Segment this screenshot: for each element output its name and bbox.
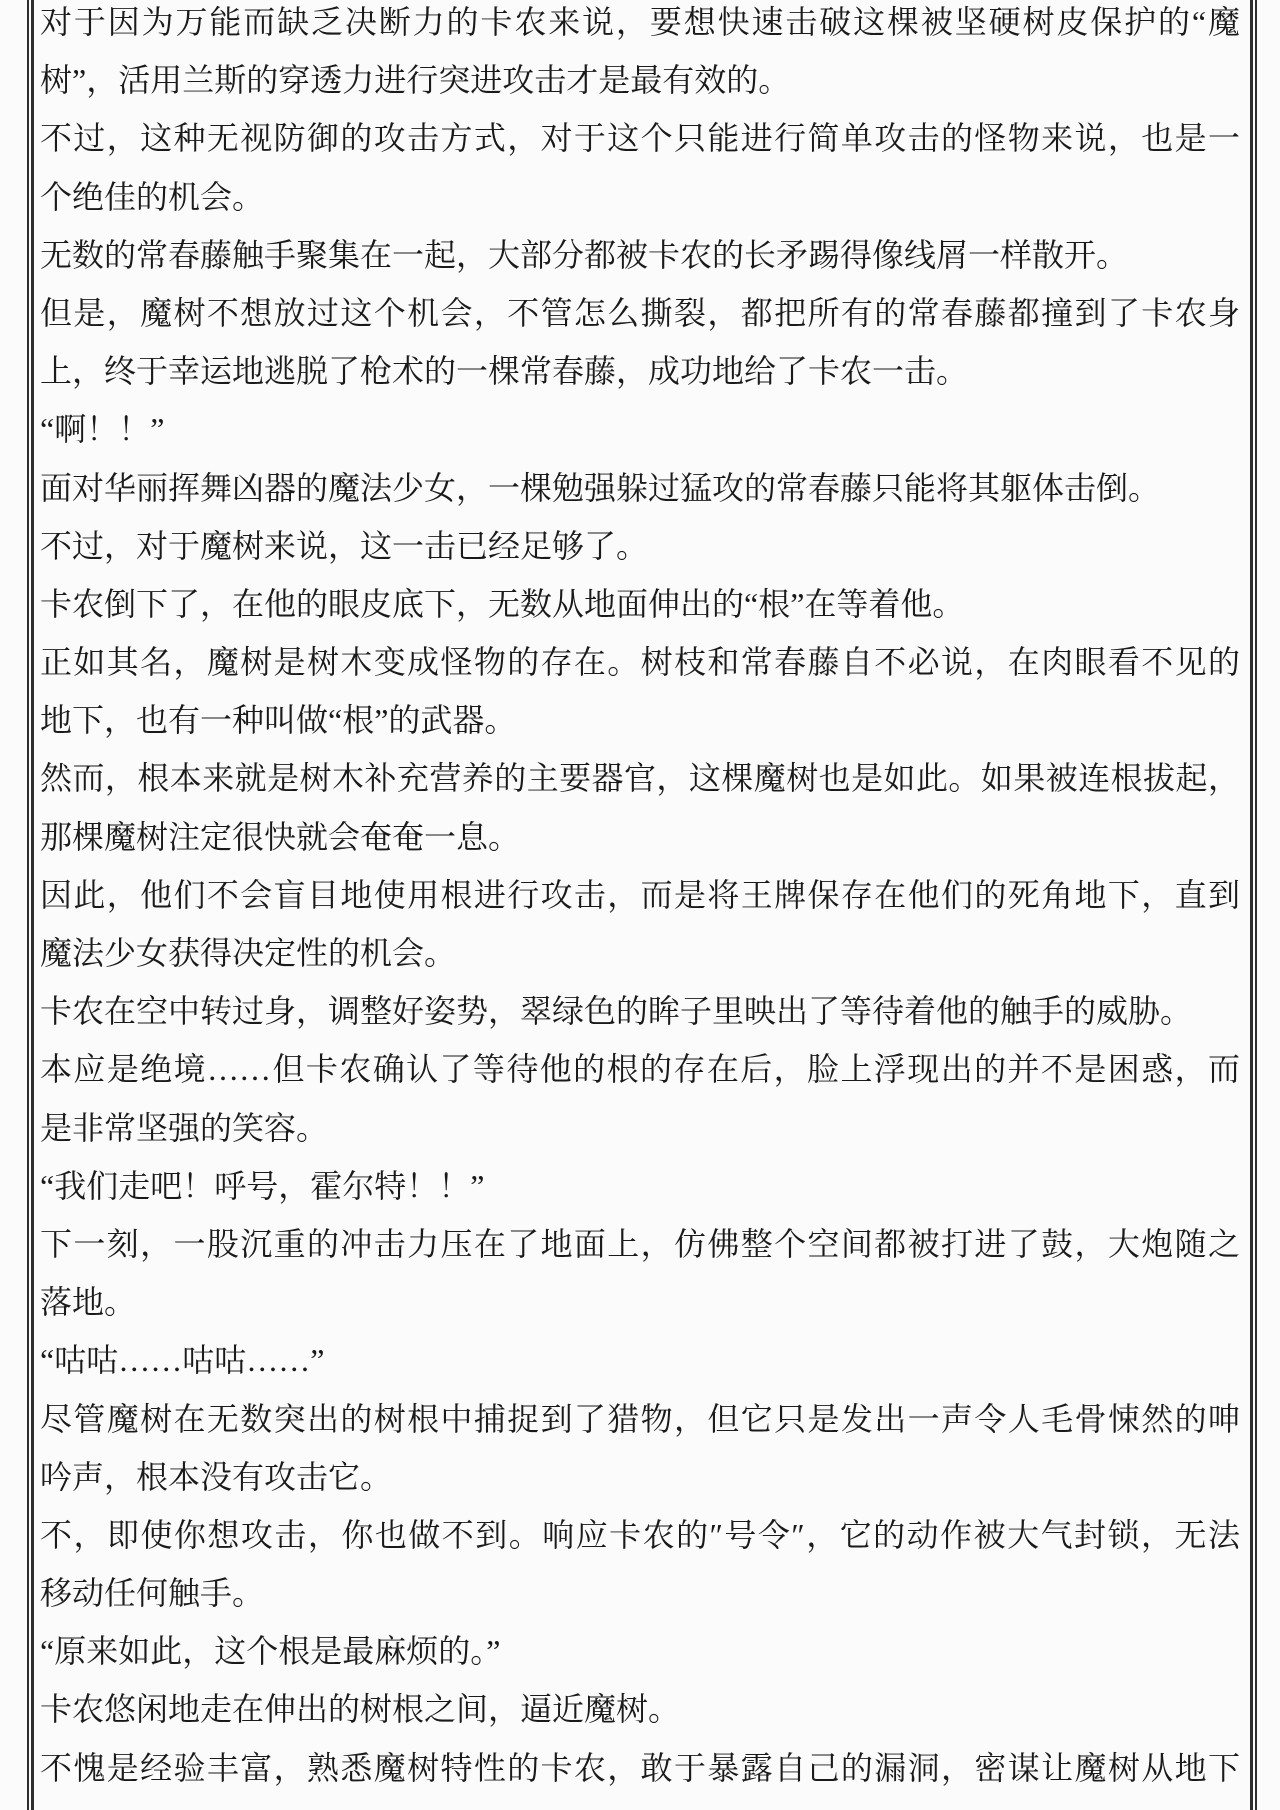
paragraph: 不愧是经验丰富，熟悉魔树特性的卡农，敢于暴露自己的漏洞，密谋让魔树从地下: [40, 1739, 1240, 1797]
paragraph: 尽管魔树在无数突出的树根中捕捉到了猎物，但它只是发出一声令人毛骨悚然的呻吟声，根…: [40, 1390, 1240, 1506]
text-line: 不过，这种无视防御的攻击方式，对于这个只能进行简单攻击的怪物来说，也是一: [40, 109, 1240, 167]
novel-page: 对于因为万能而缺乏决断力的卡农来说，要想快速击破这棵被坚硬树皮保护的“魔树”，活…: [0, 0, 1280, 1810]
text-line: 上，终于幸运地逃脱了枪术的一棵常春藤，成功地给了卡农一击。: [40, 342, 1240, 400]
text-line: 正如其名，魔树是树木变成怪物的存在。树枝和常春藤自不必说，在肉眼看不见的: [40, 633, 1240, 691]
text-line: 吟声，根本没有攻击它。: [40, 1448, 1240, 1506]
paragraph: 但是，魔树不想放过这个机会，不管怎么撕裂，都把所有的常春藤都撞到了卡农身上，终于…: [40, 284, 1240, 400]
paragraph: “原来如此，这个根是最麻烦的。”: [40, 1622, 1240, 1680]
text-line: 面对华丽挥舞凶器的魔法少女，一棵勉强躲过猛攻的常春藤只能将其躯体击倒。: [40, 459, 1240, 517]
text-line: “原来如此，这个根是最麻烦的。”: [40, 1622, 1240, 1680]
text-line: 地下，也有一种叫做“根”的武器。: [40, 691, 1240, 749]
text-line: 但是，魔树不想放过这个机会，不管怎么撕裂，都把所有的常春藤都撞到了卡农身: [40, 284, 1240, 342]
paragraph: 卡农在空中转过身，调整好姿势，翠绿色的眸子里映出了等待着他的触手的威胁。: [40, 982, 1240, 1040]
text-line: 个绝佳的机会。: [40, 168, 1240, 226]
text-line: 那棵魔树注定很快就会奄奄一息。: [40, 808, 1240, 866]
paragraph: 卡农悠闲地走在伸出的树根之间，逼近魔树。: [40, 1680, 1240, 1738]
text-line: 下一刻，一股沉重的冲击力压在了地面上，仿佛整个空间都被打进了鼓，大炮随之: [40, 1215, 1240, 1273]
paragraph: 卡农倒下了，在他的眼皮底下，无数从地面伸出的“根”在等着他。: [40, 575, 1240, 633]
text-line: 然而，根本来就是树木补充营养的主要器官，这棵魔树也是如此。如果被连根拔起，: [40, 749, 1240, 807]
paragraph: 无数的常春藤触手聚集在一起，大部分都被卡农的长矛踢得像线屑一样散开。: [40, 226, 1240, 284]
text-line: 卡农在空中转过身，调整好姿势，翠绿色的眸子里映出了等待着他的触手的威胁。: [40, 982, 1240, 1040]
text-line: “啊！！”: [40, 400, 1240, 458]
text-line: 移动任何触手。: [40, 1564, 1240, 1622]
paragraph: 然而，根本来就是树木补充营养的主要器官，这棵魔树也是如此。如果被连根拔起，那棵魔…: [40, 749, 1240, 865]
text-line: 落地。: [40, 1273, 1240, 1331]
page-border-left-inner: [31, 0, 34, 1810]
paragraph: 正如其名，魔树是树木变成怪物的存在。树枝和常春藤自不必说，在肉眼看不见的地下，也…: [40, 633, 1240, 749]
paragraph: 不，即使你想攻击，你也做不到。响应卡农的″号令″，它的动作被大气封锁，无法移动任…: [40, 1506, 1240, 1622]
page-border-right-outer: [1255, 0, 1257, 1810]
paragraph: 不过，对于魔树来说，这一击已经足够了。: [40, 517, 1240, 575]
text-line: 魔法少女获得决定性的机会。: [40, 924, 1240, 982]
paragraph: 不过，这种无视防御的攻击方式，对于这个只能进行简单攻击的怪物来说，也是一个绝佳的…: [40, 109, 1240, 225]
text-line: 对于因为万能而缺乏决断力的卡农来说，要想快速击破这棵被坚硬树皮保护的“魔: [40, 0, 1240, 51]
text-line: 树”，活用兰斯的穿透力进行突进攻击才是最有效的。: [40, 51, 1240, 109]
text-line: “咕咕……咕咕……”: [40, 1331, 1240, 1389]
paragraph: “我们走吧！呼号，霍尔特！！”: [40, 1157, 1240, 1215]
text-line: 本应是绝境……但卡农确认了等待他的根的存在后，脸上浮现出的并不是困惑，而: [40, 1040, 1240, 1098]
paragraph: “啊！！”: [40, 400, 1240, 458]
text-line: 是非常坚强的笑容。: [40, 1099, 1240, 1157]
text-line: 因此，他们不会盲目地使用根进行攻击，而是将王牌保存在他们的死角地下，直到: [40, 866, 1240, 924]
paragraph: 下一刻，一股沉重的冲击力压在了地面上，仿佛整个空间都被打进了鼓，大炮随之落地。: [40, 1215, 1240, 1331]
page-border-right-inner: [1250, 0, 1253, 1810]
page-text: 对于因为万能而缺乏决断力的卡农来说，要想快速击破这棵被坚硬树皮保护的“魔树”，活…: [40, 0, 1240, 1797]
paragraph: “咕咕……咕咕……”: [40, 1331, 1240, 1389]
text-line: “我们走吧！呼号，霍尔特！！”: [40, 1157, 1240, 1215]
text-line: 卡农悠闲地走在伸出的树根之间，逼近魔树。: [40, 1680, 1240, 1738]
page-border-left-outer: [27, 0, 29, 1810]
text-line: 卡农倒下了，在他的眼皮底下，无数从地面伸出的“根”在等着他。: [40, 575, 1240, 633]
paragraph: 对于因为万能而缺乏决断力的卡农来说，要想快速击破这棵被坚硬树皮保护的“魔树”，活…: [40, 0, 1240, 109]
paragraph: 面对华丽挥舞凶器的魔法少女，一棵勉强躲过猛攻的常春藤只能将其躯体击倒。: [40, 459, 1240, 517]
text-line: 尽管魔树在无数突出的树根中捕捉到了猎物，但它只是发出一声令人毛骨悚然的呻: [40, 1390, 1240, 1448]
paragraph: 本应是绝境……但卡农确认了等待他的根的存在后，脸上浮现出的并不是困惑，而是非常坚…: [40, 1040, 1240, 1156]
text-line: 不，即使你想攻击，你也做不到。响应卡农的″号令″，它的动作被大气封锁，无法: [40, 1506, 1240, 1564]
text-line: 不过，对于魔树来说，这一击已经足够了。: [40, 517, 1240, 575]
text-line: 不愧是经验丰富，熟悉魔树特性的卡农，敢于暴露自己的漏洞，密谋让魔树从地下: [40, 1739, 1240, 1797]
paragraph: 因此，他们不会盲目地使用根进行攻击，而是将王牌保存在他们的死角地下，直到魔法少女…: [40, 866, 1240, 982]
text-line: 无数的常春藤触手聚集在一起，大部分都被卡农的长矛踢得像线屑一样散开。: [40, 226, 1240, 284]
